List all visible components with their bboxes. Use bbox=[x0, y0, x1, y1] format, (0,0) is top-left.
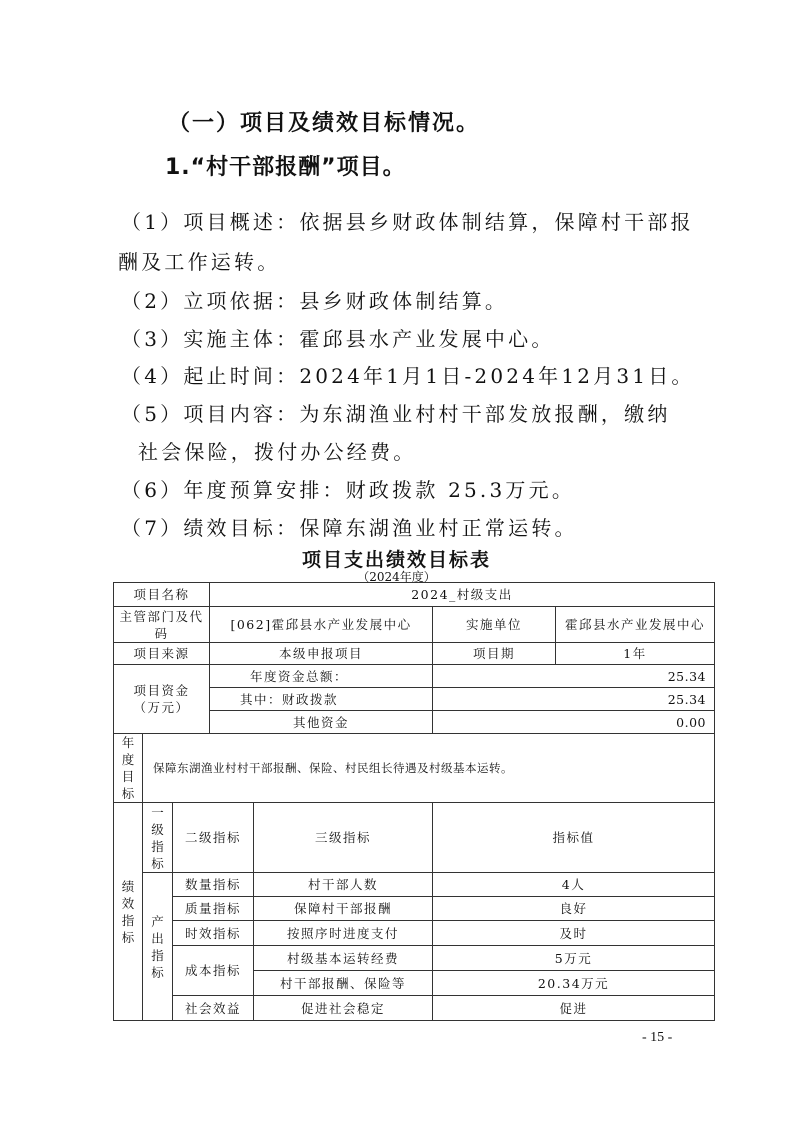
indicator-value: 促进 bbox=[433, 996, 715, 1021]
annual-goal-value: 保障东湖渔业村村干部报酬、保险、村民组长待遇及村级基本运转。 bbox=[143, 734, 715, 803]
paragraph-period: （4）起止时间：2024年1月1日-2024年12月31日。 bbox=[121, 360, 695, 389]
fund-total-label: 年度资金总额： bbox=[210, 665, 433, 688]
header-level2: 二级指标 bbox=[173, 803, 254, 873]
indicator-value: 5万元 bbox=[433, 946, 715, 971]
table-row: 成本指标 村级基本运转经费 5万元 bbox=[114, 946, 715, 971]
output-label: 产出指标 bbox=[143, 873, 173, 1021]
indicator-level3: 村干部报酬、保险等 bbox=[254, 971, 433, 996]
table-row: 社会效益 促进社会稳定 促进 bbox=[114, 996, 715, 1021]
paragraph-content-cont: 社会保险，拨付办公经费。 bbox=[138, 436, 416, 465]
indicator-value: 4人 bbox=[433, 873, 715, 897]
project-heading: 1.“村干部报酬”项目。 bbox=[165, 150, 406, 181]
indicator-level3: 村干部人数 bbox=[254, 873, 433, 897]
paragraph-overview-cont: 酬及工作运转。 bbox=[118, 246, 280, 275]
page-number: - 15 - bbox=[642, 1030, 672, 1046]
project-name-label: 项目名称 bbox=[114, 583, 210, 607]
indicator-level3: 按照序时进度支付 bbox=[254, 921, 433, 946]
indicator-value: 20.34万元 bbox=[433, 971, 715, 996]
section-heading: （一）项目及绩效目标情况。 bbox=[168, 106, 480, 137]
indicator-level2: 成本指标 bbox=[173, 946, 254, 996]
period-value: 1年 bbox=[556, 643, 715, 665]
indicator-level3: 保障村干部报酬 bbox=[254, 897, 433, 921]
period-label: 项目期 bbox=[433, 643, 556, 665]
table-row: 产出指标 数量指标 村干部人数 4人 bbox=[114, 873, 715, 897]
table-row: 绩效指标 一级指标 二级指标 三级指标 指标值 bbox=[114, 803, 715, 873]
impl-unit-value: 霍邱县水产业发展中心 bbox=[556, 607, 715, 643]
indicator-value: 及时 bbox=[433, 921, 715, 946]
table-row: 主管部门及代码 [062]霍邱县水产业发展中心 实施单位 霍邱县水产业发展中心 bbox=[114, 607, 715, 643]
perf-label: 绩效指标 bbox=[114, 803, 143, 1021]
paragraph-implementer: （3）实施主体：霍邱县水产业发展中心。 bbox=[121, 323, 555, 352]
impl-unit-label: 实施单位 bbox=[433, 607, 556, 643]
indicator-level2: 数量指标 bbox=[173, 873, 254, 897]
dept-label: 主管部门及代码 bbox=[114, 607, 210, 643]
paragraph-goal: （7）绩效目标：保障东湖渔业村正常运转。 bbox=[121, 512, 578, 541]
fund-fiscal-label: 其中：财政拨款 bbox=[210, 688, 433, 711]
header-value: 指标值 bbox=[433, 803, 715, 873]
table-row: 时效指标 按照序时进度支付 及时 bbox=[114, 921, 715, 946]
indicator-level3: 促进社会稳定 bbox=[254, 996, 433, 1021]
paragraph-content: （5）项目内容：为东湖渔业村村干部发放报酬，缴纳 bbox=[121, 398, 671, 427]
performance-target-table: 项目名称 2024_村级支出 主管部门及代码 [062]霍邱县水产业发展中心 实… bbox=[113, 582, 715, 1021]
header-level3: 三级指标 bbox=[254, 803, 433, 873]
source-label: 项目来源 bbox=[114, 643, 210, 665]
indicator-level2: 时效指标 bbox=[173, 921, 254, 946]
paragraph-budget: （6）年度预算安排：财政拨款 25.3万元。 bbox=[121, 474, 575, 503]
indicator-level2: 质量指标 bbox=[173, 897, 254, 921]
annual-goal-label: 年度目标 bbox=[114, 734, 143, 803]
table-row: 年度目标 保障东湖渔业村村干部报酬、保险、村民组长待遇及村级基本运转。 bbox=[114, 734, 715, 803]
fund-total-value: 25.34 bbox=[433, 665, 715, 688]
indicator-level2: 社会效益 bbox=[173, 996, 254, 1021]
fund-other-value: 0.00 bbox=[433, 711, 715, 734]
table-row: 项目来源 本级申报项目 项目期 1年 bbox=[114, 643, 715, 665]
project-name-value: 2024_村级支出 bbox=[210, 583, 715, 607]
table-row: 项目名称 2024_村级支出 bbox=[114, 583, 715, 607]
funds-label: 项目资金（万元） bbox=[114, 665, 210, 734]
table-row: 质量指标 保障村干部报酬 良好 bbox=[114, 897, 715, 921]
fund-fiscal-value: 25.34 bbox=[433, 688, 715, 711]
table-row: 项目资金（万元） 年度资金总额： 25.34 bbox=[114, 665, 715, 688]
indicator-value: 良好 bbox=[433, 897, 715, 921]
indicator-level3: 村级基本运转经费 bbox=[254, 946, 433, 971]
source-value: 本级申报项目 bbox=[210, 643, 433, 665]
paragraph-basis: （2）立项依据：县乡财政体制结算。 bbox=[121, 285, 508, 314]
paragraph-overview: （1）项目概述：依据县乡财政体制结算，保障村干部报 bbox=[121, 206, 694, 235]
dept-value: [062]霍邱县水产业发展中心 bbox=[210, 607, 433, 643]
header-level1: 一级指标 bbox=[143, 803, 173, 873]
fund-other-label: 其他资金 bbox=[210, 711, 433, 734]
